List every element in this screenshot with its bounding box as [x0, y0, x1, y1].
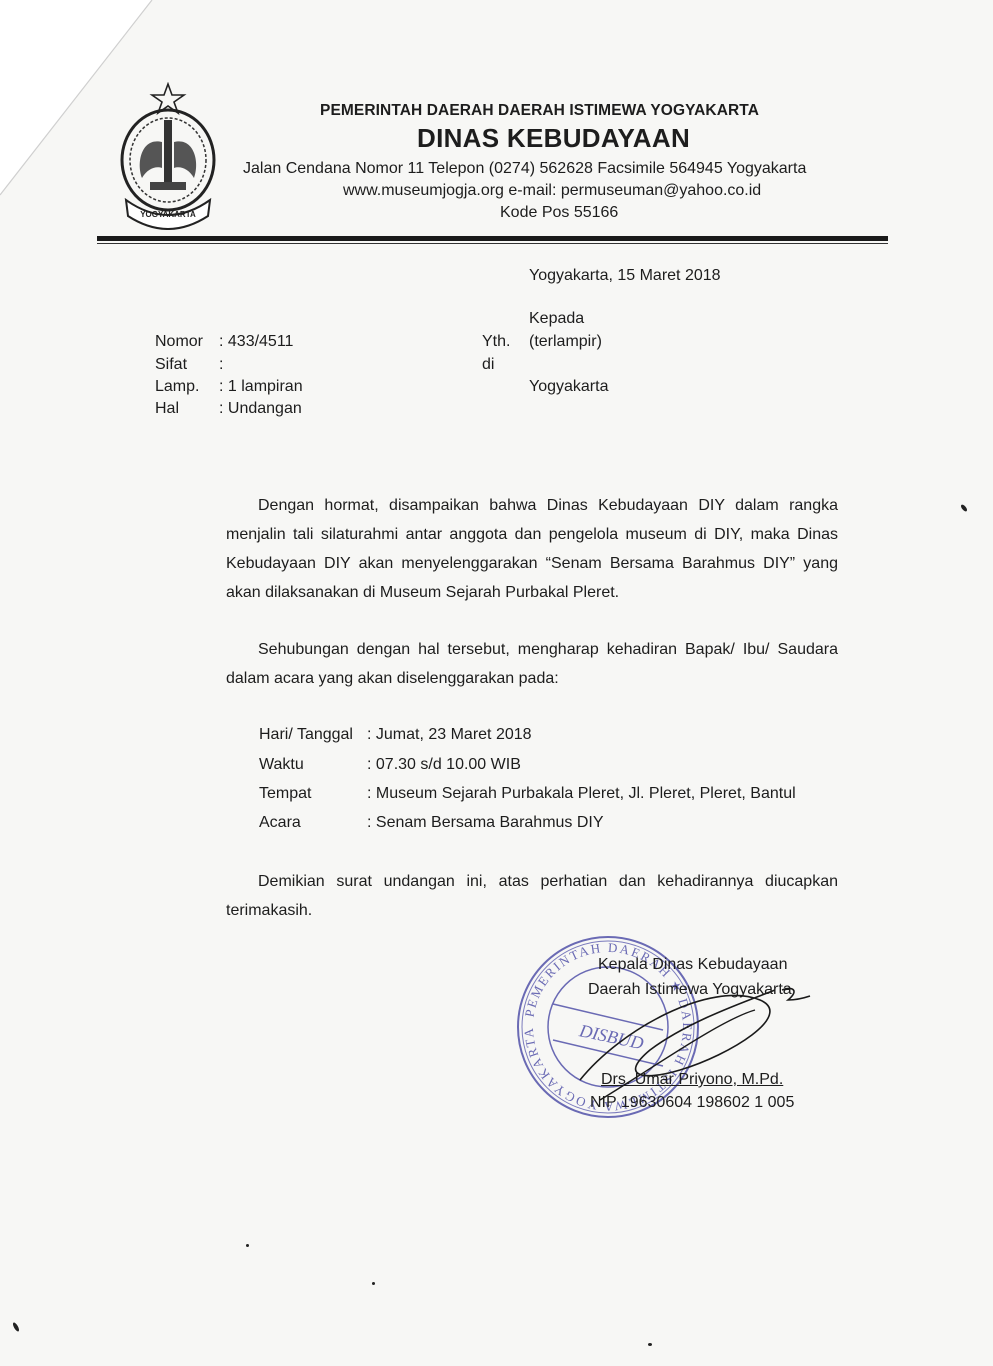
scan-speck	[648, 1343, 652, 1346]
recipient-di-label: di	[482, 356, 494, 374]
detail-value-event: : Senam Bersama Barahmus DIY	[367, 814, 604, 832]
letterhead-divider	[97, 236, 888, 241]
agency-name: DINAS KEBUDAYAAN	[417, 123, 690, 154]
body-paragraph-1: Dengan hormat, disampaikan bahwa Dinas K…	[226, 491, 838, 607]
closing-paragraph: Demikian surat undangan ini, atas perhat…	[226, 867, 838, 925]
agency-address: Jalan Cendana Nomor 11 Telepon (0274) 56…	[243, 160, 806, 178]
meta-label-hal: Hal	[155, 400, 179, 418]
recipient-yth-value: (terlampir)	[529, 333, 602, 351]
detail-label-date: Hari/ Tanggal	[259, 726, 353, 744]
agency-contact: www.museumjogja.org e-mail: permuseuman@…	[343, 182, 761, 200]
scan-speck	[372, 1282, 375, 1285]
government-name: PEMERINTAH DAERAH DAERAH ISTIMEWA YOGYAK…	[320, 102, 759, 120]
meta-value-sifat: :	[219, 356, 223, 374]
meta-value-hal: : Undangan	[219, 400, 302, 418]
recipient-yth-label: Yth.	[482, 333, 510, 351]
letterhead-divider-thin	[97, 243, 888, 244]
detail-value-time: : 07.30 s/d 10.00 WIB	[367, 756, 521, 774]
recipient-kepada: Kepada	[529, 310, 584, 328]
meta-label-sifat: Sifat	[155, 356, 187, 374]
detail-label-place: Tempat	[259, 785, 311, 803]
scan-speck	[12, 1322, 20, 1333]
handwritten-signature-icon	[560, 960, 820, 1110]
detail-value-place: : Museum Sejarah Purbakala Pleret, Jl. P…	[367, 785, 796, 803]
meta-value-nomor: : 433/4511	[219, 333, 293, 351]
meta-value-lamp: : 1 lampiran	[219, 378, 303, 396]
detail-value-date: : Jumat, 23 Maret 2018	[367, 726, 532, 744]
detail-label-event: Acara	[259, 814, 301, 832]
svg-text:YOGYAKARTA: YOGYAKARTA	[140, 210, 196, 219]
meta-label-nomor: Nomor	[155, 333, 203, 351]
scan-speck	[960, 504, 968, 513]
detail-label-time: Waktu	[259, 756, 304, 774]
place-date: Yogyakarta, 15 Maret 2018	[529, 267, 721, 285]
yogyakarta-emblem-icon: YOGYAKARTA	[112, 82, 224, 230]
scan-speck	[246, 1244, 249, 1247]
recipient-city: Yogyakarta	[529, 378, 608, 396]
agency-postal-code: Kode Pos 55166	[500, 204, 618, 222]
meta-label-lamp: Lamp.	[155, 378, 199, 396]
body-paragraph-2: Sehubungan dengan hal tersebut, menghara…	[226, 635, 838, 693]
